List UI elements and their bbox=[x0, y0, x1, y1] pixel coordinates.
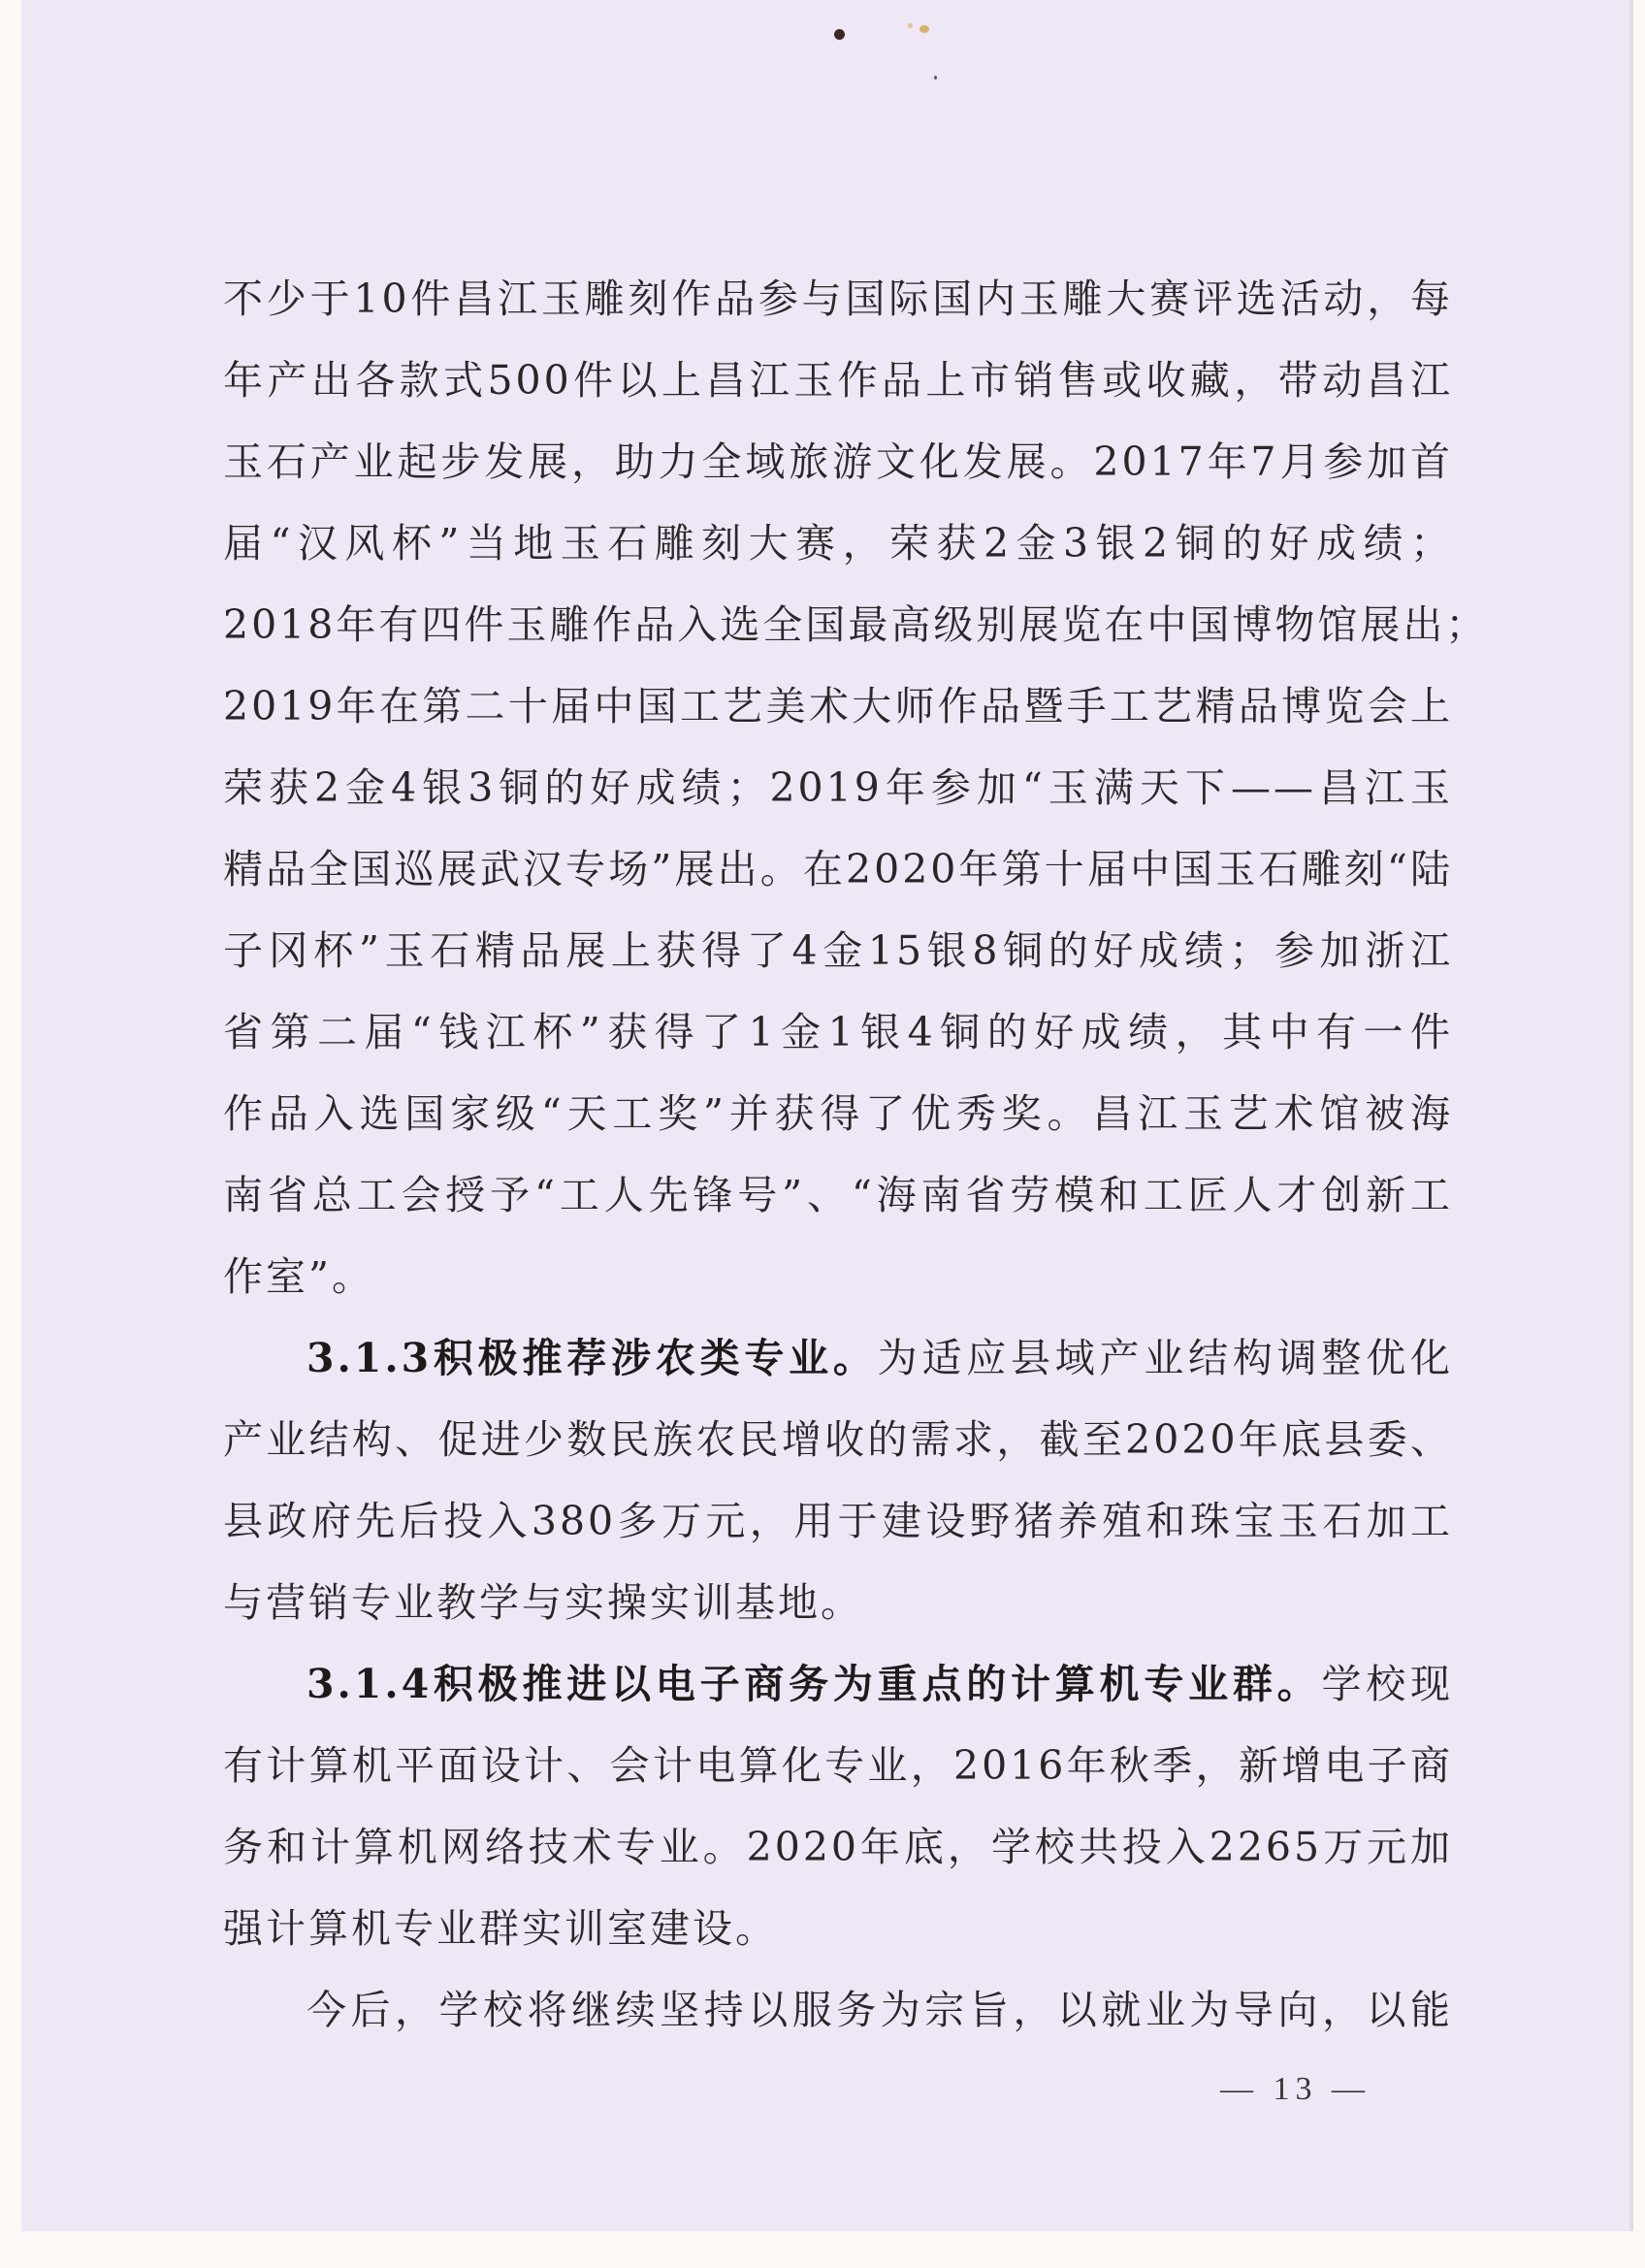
page-number: — 13 — bbox=[1220, 2071, 1371, 2108]
text-line: 作品入选国家级“天工奖”并获得了优秀奖。昌江玉艺术馆被海 bbox=[223, 1073, 1453, 1154]
scan-speck bbox=[908, 23, 913, 28]
text-line: 产业结构、促进少数民族农民增收的需求，截至2020年底县委、 bbox=[223, 1399, 1453, 1480]
text-line: 不少于10件昌江玉雕刻作品参与国际国内玉雕大赛评选活动，每 bbox=[223, 258, 1453, 340]
text-line: 强计算机专业群实训室建设。 bbox=[223, 1888, 1453, 1969]
section-3-1-3-first-line: 3.1.3积极推荐涉农类专业。为适应县域产业结构调整优化 bbox=[223, 1317, 1453, 1399]
text-line: 县政府先后投入380多万元，用于建设野猪养殖和珠宝玉石加工 bbox=[223, 1480, 1453, 1562]
text-line: 精品全国巡展武汉专场”展出。在2020年第十届中国玉石雕刻“陆 bbox=[223, 828, 1453, 910]
text-line: 2018年有四件玉雕作品入选全国最高级别展览在中国博物馆展出； bbox=[223, 584, 1453, 665]
document-body: 不少于10件昌江玉雕刻作品参与国际国内玉雕大赛评选活动，每 年产出各款式500件… bbox=[223, 258, 1453, 2051]
text-line: 有计算机平面设计、会计电算化专业，2016年秋季，新增电子商 bbox=[223, 1725, 1453, 1806]
text-line: 作室”。 bbox=[223, 1236, 1453, 1317]
text-line: 南省总工会授予“工人先锋号”、“海南省劳模和工匠人才创新工 bbox=[223, 1154, 1453, 1236]
text-fragment: 学校现 bbox=[1321, 1661, 1453, 1707]
text-line: 子冈杯”玉石精品展上获得了4金15银8铜的好成绩；参加浙江 bbox=[223, 910, 1453, 991]
section-heading: 3.1.4积极推进以电子商务为重点的计算机专业群。 bbox=[306, 1661, 1321, 1707]
text-line: 荣获2金4银3铜的好成绩；2019年参加“玉满天下——昌江玉 bbox=[223, 747, 1453, 828]
scan-speck bbox=[934, 76, 937, 80]
scan-speck bbox=[919, 25, 929, 33]
text-fragment: 为适应县域产业结构调整优化 bbox=[878, 1335, 1453, 1381]
text-line: 玉石产业起步发展，助力全域旅游文化发展。2017年7月参加首 bbox=[223, 421, 1453, 502]
text-line: 届“汉风杯”当地玉石雕刻大赛，荣获2金3银2铜的好成绩； bbox=[223, 502, 1453, 584]
text-line: 省第二届“钱江杯”获得了1金1银4铜的好成绩，其中有一件 bbox=[223, 991, 1453, 1073]
text-line: 年产出各款式500件以上昌江玉作品上市销售或收藏，带动昌江 bbox=[223, 340, 1453, 421]
text-line: 2019年在第二十届中国工艺美术大师作品暨手工艺精品博览会上 bbox=[223, 665, 1453, 747]
scan-speck bbox=[834, 29, 845, 40]
closing-line: 今后，学校将继续坚持以服务为宗旨，以就业为导向，以能 bbox=[223, 1969, 1453, 2051]
text-line: 与营销专业教学与实操实训基地。 bbox=[223, 1562, 1453, 1643]
section-3-1-4-first-line: 3.1.4积极推进以电子商务为重点的计算机专业群。学校现 bbox=[223, 1643, 1453, 1725]
section-heading: 3.1.3积极推荐涉农类专业。 bbox=[306, 1335, 878, 1381]
page-edge bbox=[1629, 0, 1633, 2231]
text-line: 务和计算机网络技术专业。2020年底，学校共投入2265万元加 bbox=[223, 1806, 1453, 1888]
